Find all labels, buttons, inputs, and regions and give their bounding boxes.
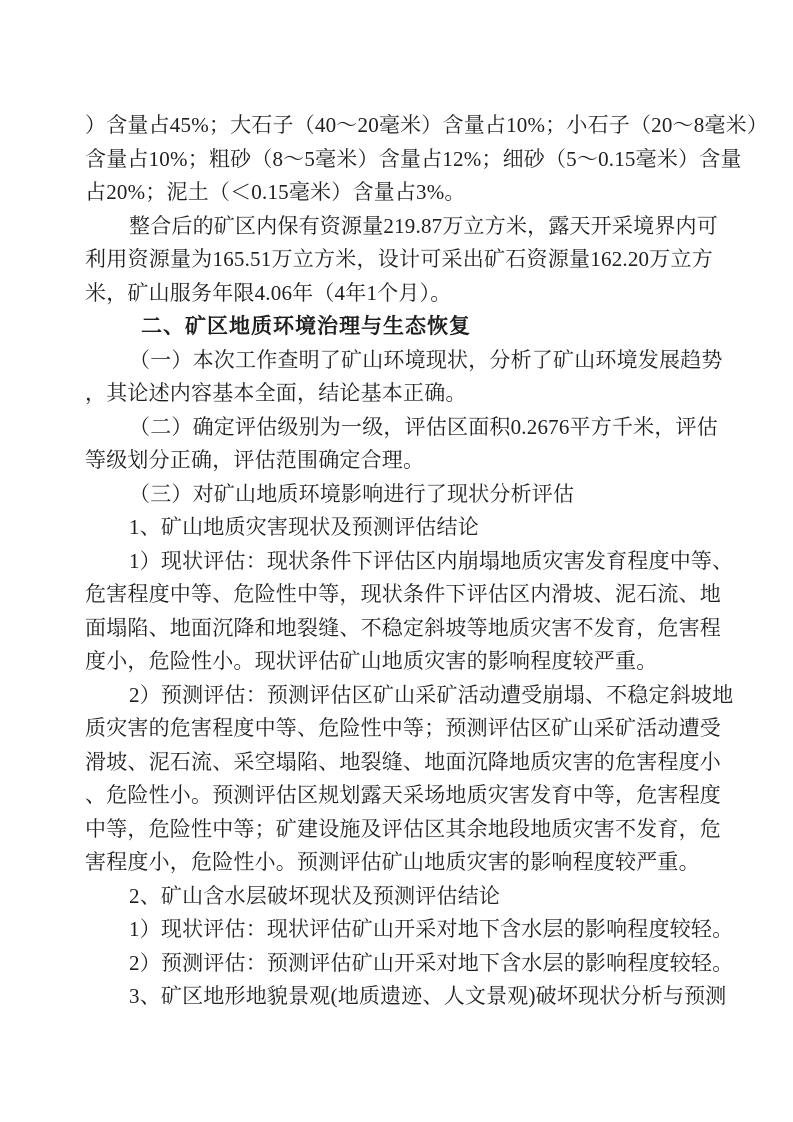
- text-line: 3、矿区地形地貌景观(地质遗迹、人文景观)破坏现状分析与预测: [85, 980, 713, 1014]
- text-line: 2）预测评估：预测评估区矿山采矿活动遭受崩塌、不稳定斜坡地: [85, 679, 713, 713]
- text-line: （二）确定评估级别为一级，评估区面积0.2676平方千米，评估: [85, 411, 713, 445]
- paragraph-item-one-current-status: （一）本次工作查明了矿山环境现状，分析了矿山环境发展趋势，其论述内容基本全面，结…: [85, 344, 713, 411]
- text-line: （三）对矿山地质环境影响进行了现状分析评估: [85, 478, 713, 512]
- paragraph-item-two-assessment-level: （二）确定评估级别为一级，评估区面积0.2676平方千米，评估等级划分正确，评估…: [85, 411, 713, 478]
- text-line: 1）现状评估：现状评估矿山开采对地下含水层的影响程度较轻。: [85, 913, 713, 947]
- document-text-block: ）含量占45%；大石子（40～20毫米）含量占10%；小石子（20～8毫米）含量…: [85, 109, 713, 1014]
- heading-section-two-geo-environment: 二、矿区地质环境治理与生态恢复: [85, 310, 713, 344]
- paragraph-disaster-current-assessment: 1）现状评估：现状条件下评估区内崩塌地质灾害发育程度中等、危害程度中等、危险性中…: [85, 545, 713, 679]
- text-line: 质灾害的危害程度中等、危险性中等；预测评估区矿山采矿活动遭受: [85, 712, 713, 746]
- text-line: 中等，危险性中等；矿建设施及评估区其余地段地质灾害不发育，危: [85, 813, 713, 847]
- text-line: 危害程度中等、危险性中等，现状条件下评估区内滑坡、泥石流、地: [85, 578, 713, 612]
- paragraph-sub1-disaster-conclusion-title: 1、矿山地质灾害现状及预测评估结论: [85, 511, 713, 545]
- paragraph-sub3-landscape-title: 3、矿区地形地貌景观(地质遗迹、人文景观)破坏现状分析与预测: [85, 980, 713, 1014]
- paragraph-item-three-impact-analysis: （三）对矿山地质环境影响进行了现状分析评估: [85, 478, 713, 512]
- paragraph-resource-volume: 整合后的矿区内保有资源量219.87万立方米，露天开采境界内可利用资源量为165…: [85, 210, 713, 311]
- paragraph-gravel-composition: ）含量占45%；大石子（40～20毫米）含量占10%；小石子（20～8毫米）含量…: [85, 109, 713, 210]
- text-line: 等级划分正确，评估范围确定合理。: [85, 444, 713, 478]
- text-line: 整合后的矿区内保有资源量219.87万立方米，露天开采境界内可: [85, 210, 713, 244]
- text-line: 度小，危险性小。现状评估矿山地质灾害的影响程度较严重。: [85, 645, 713, 679]
- text-line: 面塌陷、地面沉降和地裂缝、不稳定斜坡等地质灾害不发育，危害程: [85, 612, 713, 646]
- paragraph-aquifer-prediction-assessment: 2）预测评估：预测评估矿山开采对地下含水层的影响程度较轻。: [85, 947, 713, 981]
- text-line: 2、矿山含水层破坏现状及预测评估结论: [85, 880, 713, 914]
- paragraph-disaster-prediction-assessment: 2）预测评估：预测评估区矿山采矿活动遭受崩塌、不稳定斜坡地质灾害的危害程度中等、…: [85, 679, 713, 880]
- document-page: ）含量占45%；大石子（40～20毫米）含量占10%；小石子（20～8毫米）含量…: [0, 0, 793, 1122]
- text-line: 占20%；泥土（＜0.15毫米）含量占3%。: [85, 176, 713, 210]
- paragraph-aquifer-current-assessment: 1）现状评估：现状评估矿山开采对地下含水层的影响程度较轻。: [85, 913, 713, 947]
- text-line: 利用资源量为165.51万立方米，设计可采出矿石资源量162.20万立方: [85, 243, 713, 277]
- text-line: 1）现状评估：现状条件下评估区内崩塌地质灾害发育程度中等、: [85, 545, 713, 579]
- paragraph-sub2-aquifer-conclusion-title: 2、矿山含水层破坏现状及预测评估结论: [85, 880, 713, 914]
- text-line: 二、矿区地质环境治理与生态恢复: [85, 310, 713, 344]
- text-line: 害程度小，危险性小。预测评估矿山地质灾害的影响程度较严重。: [85, 846, 713, 880]
- text-line: ）含量占45%；大石子（40～20毫米）含量占10%；小石子（20～8毫米）: [85, 109, 713, 143]
- text-line: 2）预测评估：预测评估矿山开采对地下含水层的影响程度较轻。: [85, 947, 713, 981]
- text-line: 1、矿山地质灾害现状及预测评估结论: [85, 511, 713, 545]
- text-line: 、危险性小。预测评估区规划露天采场地质灾害发育中等，危害程度: [85, 779, 713, 813]
- text-line: （一）本次工作查明了矿山环境现状，分析了矿山环境发展趋势: [85, 344, 713, 378]
- text-line: ，其论述内容基本全面，结论基本正确。: [85, 377, 713, 411]
- text-line: 含量占10%；粗砂（8～5毫米）含量占12%；细砂（5～0.15毫米）含量: [85, 143, 713, 177]
- text-line: 米，矿山服务年限4.06年（4年1个月）。: [85, 277, 713, 311]
- text-line: 滑坡、泥石流、采空塌陷、地裂缝、地面沉降地质灾害的危害程度小: [85, 746, 713, 780]
